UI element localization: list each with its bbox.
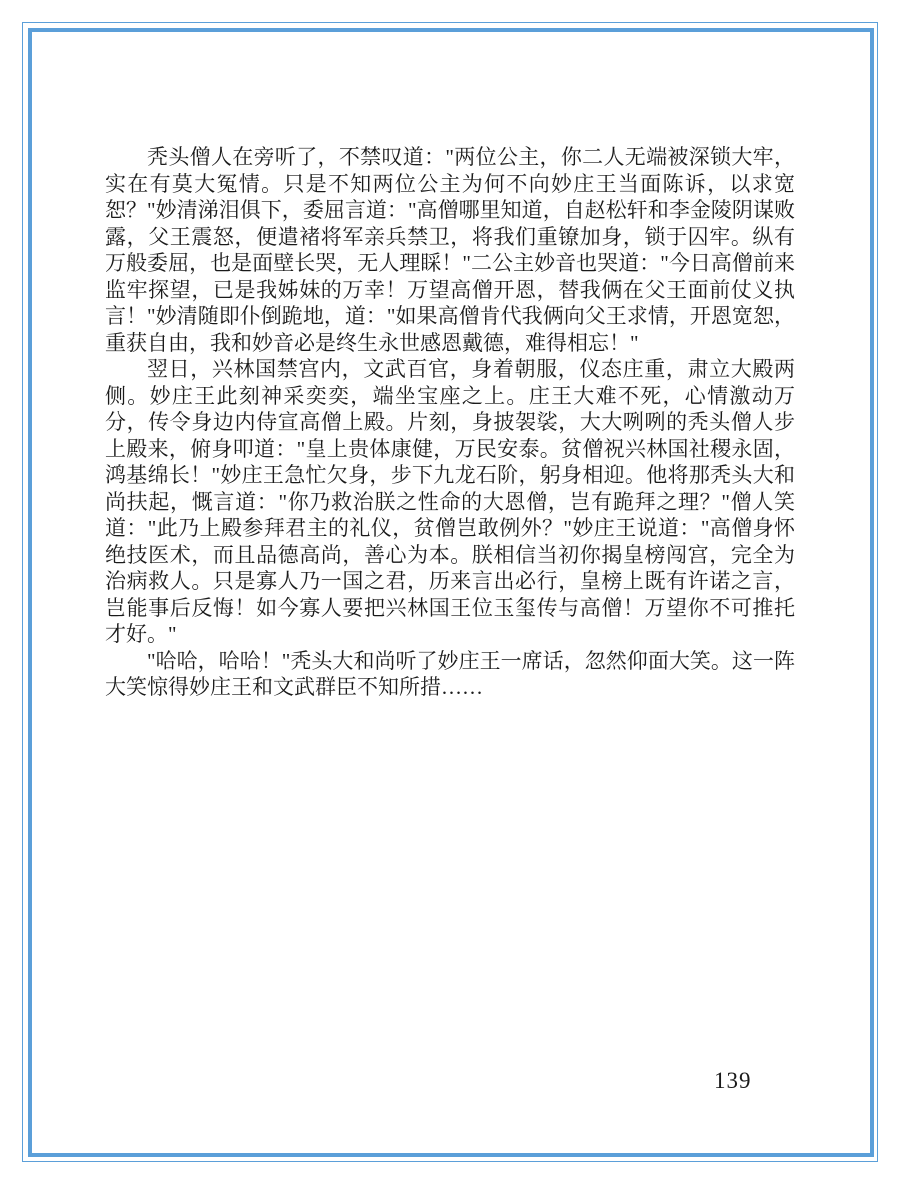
paragraph: 翌日，兴林国禁宫内，文武百官，身着朝服，仪态庄重，肃立大殿两侧。妙庄王此刻神采奕… — [105, 356, 795, 648]
page-text-block: 秃头僧人在旁听了，不禁叹道："两位公主，你二人无端被深锁大牢，实在有莫大冤情。只… — [105, 144, 795, 701]
page-number: 139 — [714, 1068, 752, 1094]
paragraph: "哈哈，哈哈！"秃头大和尚听了妙庄王一席话，忽然仰面大笑。这一阵大笑惊得妙庄王和… — [105, 648, 795, 701]
paragraph: 秃头僧人在旁听了，不禁叹道："两位公主，你二人无端被深锁大牢，实在有莫大冤情。只… — [105, 144, 795, 356]
book-page: 秃头僧人在旁听了，不禁叹道："两位公主，你二人无端被深锁大牢，实在有莫大冤情。只… — [0, 0, 900, 1184]
